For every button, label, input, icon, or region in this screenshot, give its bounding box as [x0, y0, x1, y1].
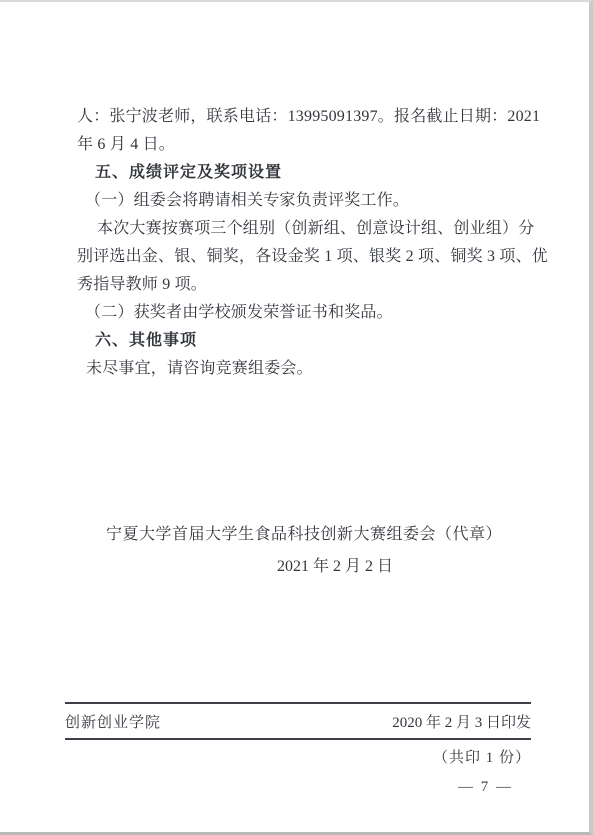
signature-date: 2021 年 2 月 2 日: [115, 551, 555, 583]
footer-issuer-row: 创新创业学院 2020 年 2 月 3 日印发: [65, 702, 531, 740]
item-one-line: （一）组委会将聘请相关专家负责评奖工作。: [77, 187, 523, 215]
closing-remark-line: 未尽事宜，请咨询竞赛组委会。: [77, 355, 523, 383]
document-footer: 创新创业学院 2020 年 2 月 3 日印发 （共印 1 份）: [65, 702, 531, 767]
item-two-line: （二）获奖者由学校颁发荣誉证书和奖品。: [77, 299, 523, 327]
section-six-heading: 六、其他事项: [77, 327, 523, 355]
section-five-heading: 五、成绩评定及奖项设置: [77, 159, 523, 187]
awards-paragraph-line-3: 秀指导教师 9 项。: [77, 271, 523, 299]
copies-note: （共印 1 份）: [65, 740, 531, 767]
page-number: — 7 —: [458, 779, 513, 796]
contact-continuation-line: 人：张宁波老师，联系电话：13995091397。报名截止日期：2021: [77, 103, 523, 131]
issuing-department: 创新创业学院: [65, 711, 161, 732]
signature-block: 宁夏大学首届大学生食品科技创新大赛组委会（代章） 2021 年 2 月 2 日: [77, 519, 517, 583]
deadline-continuation-line: 年 6 月 4 日。: [77, 131, 523, 159]
awards-paragraph-line-2: 别评选出金、银、铜奖，各设金奖 1 项、银奖 2 项、铜奖 3 项、优: [77, 243, 523, 271]
print-date: 2020 年 2 月 3 日印发: [392, 711, 531, 732]
document-page: 人：张宁波老师，联系电话：13995091397。报名截止日期：2021 年 6…: [0, 0, 593, 835]
signature-organization: 宁夏大学首届大学生食品科技创新大赛组委会（代章）: [84, 519, 524, 551]
awards-paragraph-line-1: 本次大赛按赛项三个组别（创新组、创意设计组、创业组）分: [77, 215, 523, 243]
document-body: 人：张宁波老师，联系电话：13995091397。报名截止日期：2021 年 6…: [77, 103, 523, 383]
